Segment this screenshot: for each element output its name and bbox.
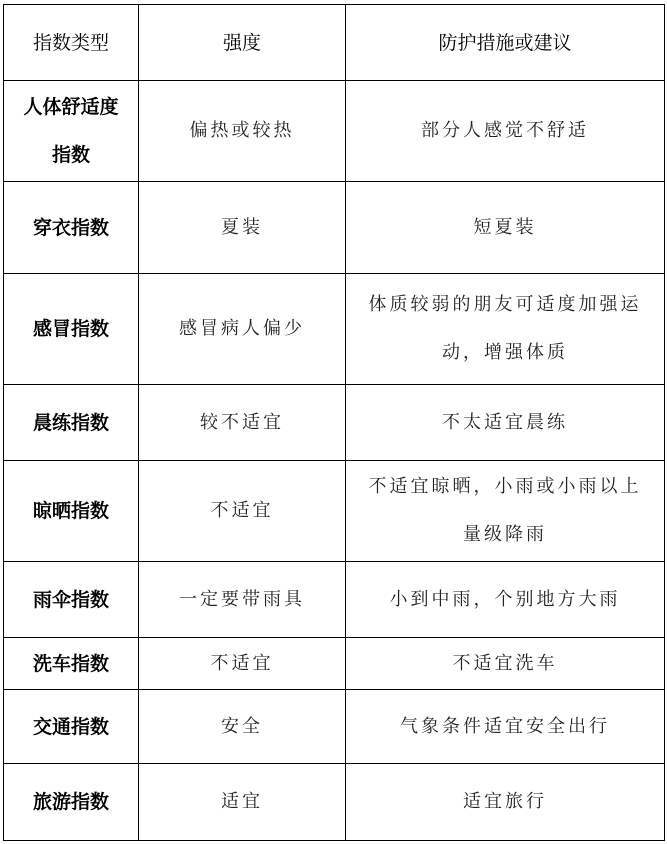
weather-index-table: 指数类型 强度 防护措施或建议 人体舒适度 指数 偏热或较热 部分人感觉不舒适 … (3, 4, 665, 841)
index-type-line: 人体舒适度 (10, 83, 132, 131)
intensity-cell: 安全 (139, 690, 346, 764)
table-row: 旅游指数 适宜 适宜旅行 (4, 764, 665, 841)
index-type-cell: 晾晒指数 (4, 461, 139, 562)
advice-cell: 小到中雨，个别地方大雨 (346, 562, 665, 638)
intensity-cell: 不适宜 (139, 638, 346, 690)
table-row: 洗车指数 不适宜 不适宜洗车 (4, 638, 665, 690)
table-row: 交通指数 安全 气象条件适宜安全出行 (4, 690, 665, 764)
table-header-row: 指数类型 强度 防护措施或建议 (4, 5, 665, 81)
table-row: 感冒指数 感冒病人偏少 体质较弱的朋友可适度加强运 动，增强体质 (4, 274, 665, 385)
advice-line: 体质较弱的朋友可适度加强运 (352, 281, 658, 329)
index-type-cell: 旅游指数 (4, 764, 139, 841)
index-type-cell: 人体舒适度 指数 (4, 81, 139, 182)
weather-index-table-container: 指数类型 强度 防护措施或建议 人体舒适度 指数 偏热或较热 部分人感觉不舒适 … (3, 4, 665, 841)
advice-line: 量级降雨 (352, 511, 658, 559)
header-intensity: 强度 (139, 5, 346, 81)
advice-cell: 体质较弱的朋友可适度加强运 动，增强体质 (346, 274, 665, 385)
table-row: 人体舒适度 指数 偏热或较热 部分人感觉不舒适 (4, 81, 665, 182)
advice-cell: 气象条件适宜安全出行 (346, 690, 665, 764)
advice-cell: 不太适宜晨练 (346, 385, 665, 461)
advice-line: 动，增强体质 (352, 329, 658, 377)
header-advice: 防护措施或建议 (346, 5, 665, 81)
index-type-cell: 雨伞指数 (4, 562, 139, 638)
index-type-cell: 交通指数 (4, 690, 139, 764)
advice-cell: 适宜旅行 (346, 764, 665, 841)
table-row: 穿衣指数 夏装 短夏装 (4, 182, 665, 274)
header-index-type: 指数类型 (4, 5, 139, 81)
intensity-cell: 较不适宜 (139, 385, 346, 461)
intensity-cell: 感冒病人偏少 (139, 274, 346, 385)
index-type-cell: 穿衣指数 (4, 182, 139, 274)
index-type-cell: 洗车指数 (4, 638, 139, 690)
intensity-cell: 不适宜 (139, 461, 346, 562)
table-row: 晨练指数 较不适宜 不太适宜晨练 (4, 385, 665, 461)
table-row: 雨伞指数 一定要带雨具 小到中雨，个别地方大雨 (4, 562, 665, 638)
advice-cell: 不适宜洗车 (346, 638, 665, 690)
advice-cell: 不适宜晾晒，小雨或小雨以上 量级降雨 (346, 461, 665, 562)
advice-cell: 短夏装 (346, 182, 665, 274)
intensity-cell: 一定要带雨具 (139, 562, 346, 638)
intensity-cell: 夏装 (139, 182, 346, 274)
index-type-cell: 感冒指数 (4, 274, 139, 385)
intensity-cell: 适宜 (139, 764, 346, 841)
advice-cell: 部分人感觉不舒适 (346, 81, 665, 182)
intensity-cell: 偏热或较热 (139, 81, 346, 182)
index-type-cell: 晨练指数 (4, 385, 139, 461)
table-row: 晾晒指数 不适宜 不适宜晾晒，小雨或小雨以上 量级降雨 (4, 461, 665, 562)
index-type-line: 指数 (10, 131, 132, 179)
advice-line: 不适宜晾晒，小雨或小雨以上 (352, 463, 658, 511)
